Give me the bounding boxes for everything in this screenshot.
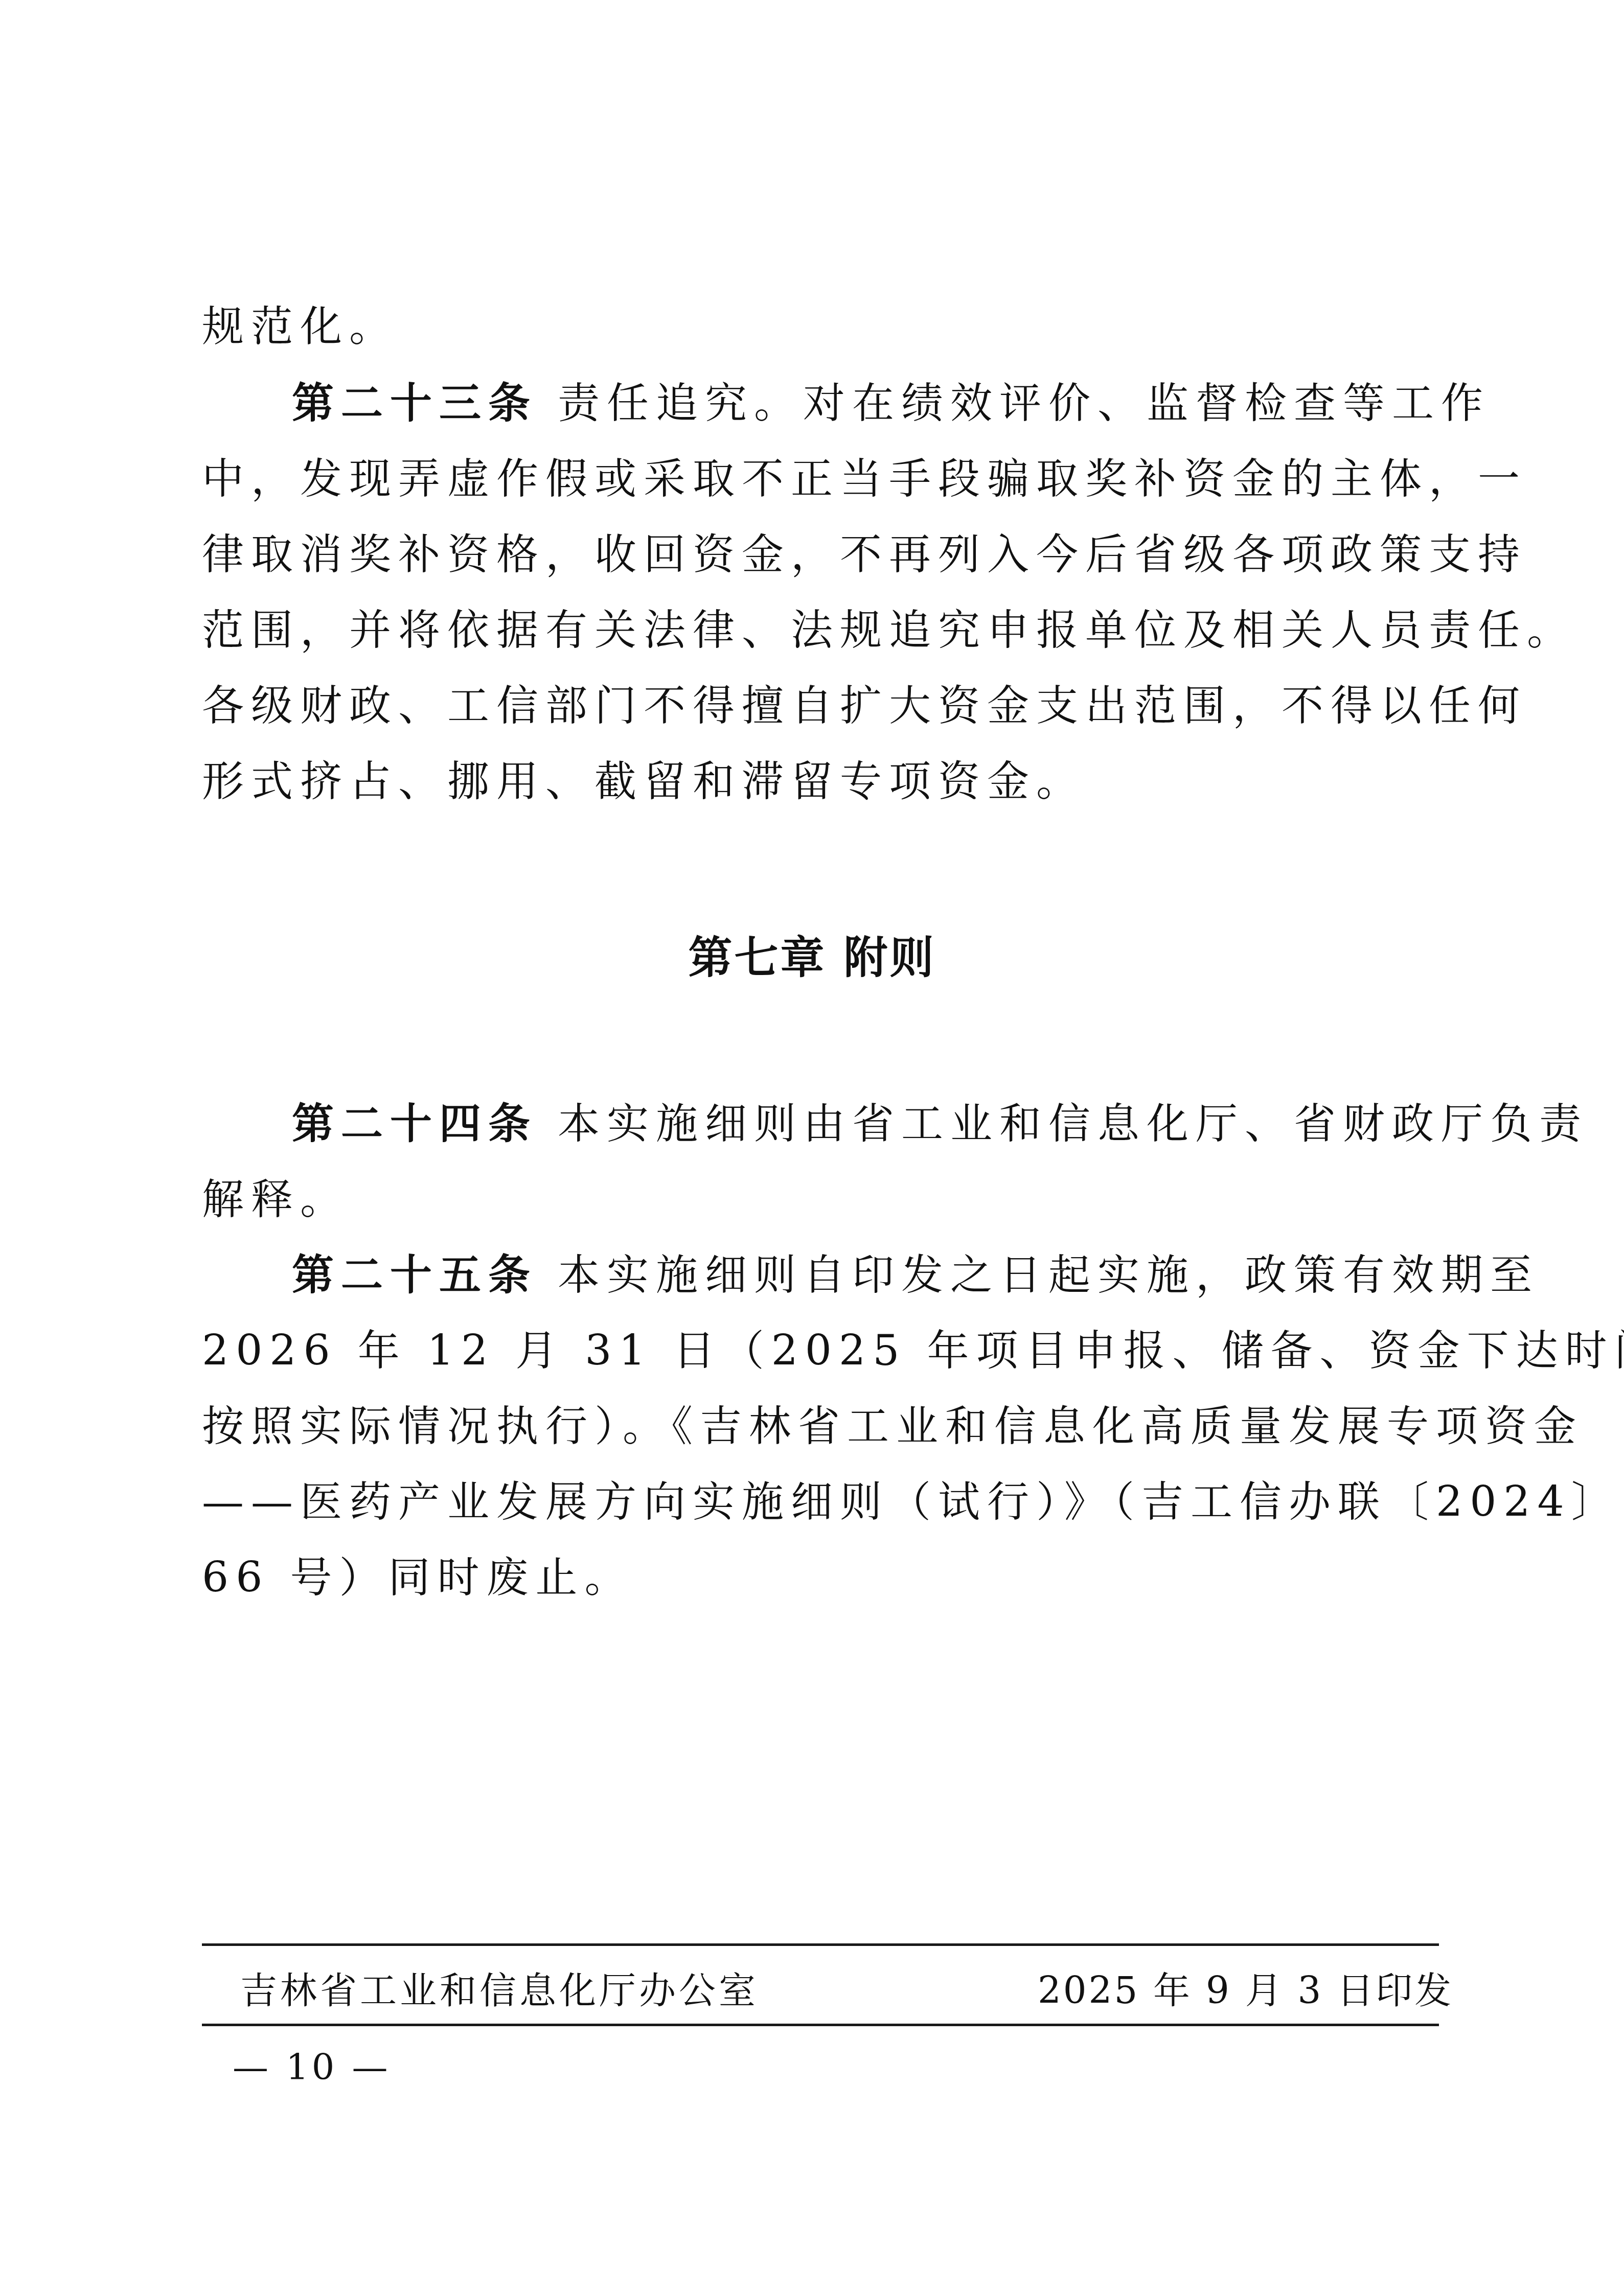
article-23-line-5: 各级财政、工信部门不得擅自扩大资金支出范围，不得以任何 [202, 678, 1439, 734]
paragraph-text: 中，发现弄虚作假或采取不正当手段骗取奖补资金的主体，一 [202, 455, 1527, 503]
paragraph-text: 解释。 [202, 1175, 349, 1224]
article-heading: 第二十三条 [292, 379, 537, 428]
paragraph-text: 律取消奖补资格，收回资金，不再列入今后省级各项政策支持 [202, 530, 1527, 579]
paragraph-text: 责任追究。对在绩效评价、监督检查等工作 [537, 379, 1490, 428]
paragraph-text: 2026 年 12 月 31 日（2025 年项目申报、储备、资金下达时间等， [202, 1327, 1624, 1375]
article-25-line-3: 按照实际情况执行）。《吉林省工业和信息化高质量发展专项资金 [202, 1399, 1439, 1455]
article-heading: 第二十四条 [292, 1100, 537, 1148]
issue-date: 2025 年 9 月 3 日印发 [1038, 1967, 1453, 2013]
chapter-title: 第七章 附则 [0, 930, 1624, 986]
article-24-line-1: 第二十四条 本实施细则由省工业和信息化厅、省财政厅负责 [202, 1096, 1439, 1152]
footer-bottom-rule [202, 2024, 1439, 2026]
paragraph-text: 范围，并将依据有关法律、法规追究申报单位及相关人员责任。 [202, 606, 1576, 655]
document-page: 规范化。 第二十三条 责任追究。对在绩效评价、监督检查等工作 中，发现弄虚作假或… [0, 0, 1624, 2296]
paragraph-text: 本实施细则由省工业和信息化厅、省财政厅负责 [537, 1100, 1588, 1148]
paragraph-text: 各级财政、工信部门不得擅自扩大资金支出范围，不得以任何 [202, 682, 1527, 730]
article-23-line-4: 范围，并将依据有关法律、法规追究申报单位及相关人员责任。 [202, 602, 1439, 659]
continuation-line: 规范化。 [202, 299, 1439, 355]
paragraph-text: 按照实际情况执行）。《吉林省工业和信息化高质量发展专项资金 [202, 1402, 1583, 1451]
footer-top-rule [202, 1943, 1439, 1946]
issuer-name: 吉林省工业和信息化厅办公室 [240, 1967, 759, 2013]
article-25-line-5: 66 号）同时废止。 [202, 1550, 1439, 1606]
page-number: — 10 — [233, 2044, 391, 2090]
article-25-line-4: ——医药产业发展方向实施细则（试行）》（吉工信办联〔2024〕 [202, 1474, 1439, 1530]
paragraph-text: ——医药产业发展方向实施细则（试行）》（吉工信办联〔2024〕 [202, 1478, 1620, 1526]
paragraph-text: 形式挤占、挪用、截留和滞留专项资金。 [202, 757, 1085, 806]
paragraph-text: 66 号）同时废止。 [202, 1553, 633, 1602]
article-25-line-1: 第二十五条 本实施细则自印发之日起实施，政策有效期至 [202, 1247, 1439, 1304]
paragraph-text: 本实施细则自印发之日起实施，政策有效期至 [537, 1251, 1539, 1300]
article-23-line-2: 中，发现弄虚作假或采取不正当手段骗取奖补资金的主体，一 [202, 451, 1439, 507]
article-23-line-3: 律取消奖补资格，收回资金，不再列入今后省级各项政策支持 [202, 527, 1439, 583]
paragraph-text: 规范化。 [202, 303, 398, 351]
article-25-line-2: 2026 年 12 月 31 日（2025 年项目申报、储备、资金下达时间等， [202, 1323, 1439, 1379]
article-23-line-6: 形式挤占、挪用、截留和滞留专项资金。 [202, 754, 1439, 810]
article-24-line-2: 解释。 [202, 1172, 1439, 1228]
article-23-line-1: 第二十三条 责任追究。对在绩效评价、监督检查等工作 [202, 376, 1439, 432]
article-heading: 第二十五条 [292, 1251, 537, 1300]
